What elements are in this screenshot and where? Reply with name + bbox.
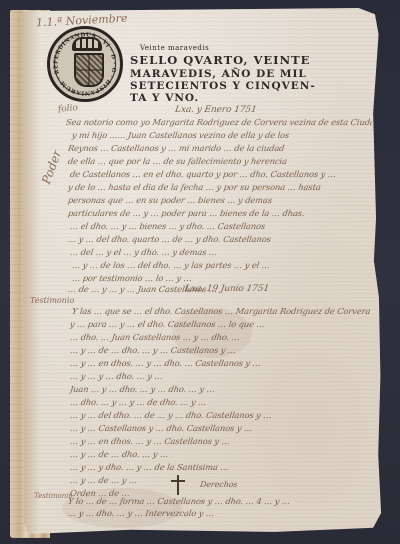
body-line: personas que … en su poder … bienes … y … (67, 195, 372, 205)
stamp-header-line-1: SELLO QVARTO, VEINTE (130, 53, 310, 67)
body-line: particulares de … y … poder para … biene… (67, 208, 372, 218)
body-line: … y … de … dho. … y … (69, 449, 374, 459)
stamp-header-line-4: TA Y VNO. (130, 92, 199, 104)
body-line: de Castellanos … en el dho. quarto y por… (69, 169, 372, 179)
body-line: Reynos … Castellanos y … mi marido … de … (67, 143, 372, 153)
body-line: … y … del dho. quarto … de … y dho. Cast… (67, 234, 372, 244)
margin-note-testimonio-bottom: Testimonio (34, 492, 73, 500)
body-line: … dho. … y … y … de dho. … y … (69, 397, 374, 407)
body-line: … por testimonio … lo … y … (71, 273, 372, 283)
margin-note-folio: folio (58, 103, 79, 114)
svg-text:FERDINANDUS · VI · D · G · HIS: FERDINANDUS · VI · D · G · HISPANIARUM ·… (50, 29, 117, 96)
tax-value-line: Veinte maravedis (140, 44, 209, 52)
body-line: … y … del dho. … de … y … dho. Castellan… (69, 410, 374, 420)
body-line: Y las … que se … el dho. Castellanos … M… (71, 306, 374, 316)
closing-heading: Derechos (199, 480, 238, 489)
body-line: … y … Castellanos y … dho. Castellanos y… (69, 423, 374, 433)
body-line: y de lo … hasta el dia de la fecha … y p… (67, 182, 372, 192)
body-line: … dho. … Juan Castellanos … y … dho. … (69, 332, 374, 342)
body-line: … el dho. … y … bienes … y dho. … Castel… (69, 221, 372, 231)
closing-line: Y lo … de … forma … Castellanos y … dho.… (67, 496, 378, 506)
body-line: Juan … y … dho. … y … dho. … y … (69, 384, 374, 394)
date-line: Lxa. y Enero 1751 (174, 105, 257, 115)
margin-note-testimonio: Testimonio (30, 296, 74, 305)
stamp-header-text: SELLO QVARTO, VEINTE (130, 53, 310, 67)
stamp-header-line-2: MARAVEDIS, AÑO DE MIL (130, 68, 307, 80)
closing-line: … y … dho. … y … Intervezcalo y … (67, 508, 328, 518)
body-line: … y … y dho. … y … de la Santisima … (69, 462, 374, 472)
body-line: Sea notorio como yo Margarita Rodriguez … (65, 117, 372, 127)
body-line: … y … en dhos. … y … dho. … Castellanos … (69, 358, 374, 368)
body-line: y … para … y … el dho. Castellanos … lo … (69, 319, 374, 329)
body-line: … del … y el … y dho. … y demas … (69, 247, 372, 257)
seal-legend: FERDINANDUS · VI · D · G · HISPANIARUM ·… (50, 29, 120, 99)
body-line: … y … de … dho. … y … Castellanos y … (69, 345, 374, 355)
stamp-header-line-3: SETECIENTOS Y CINQVEN- (130, 80, 316, 92)
royal-seal-stamp: FERDINANDUS · VI · D · G · HISPANIARUM ·… (47, 26, 123, 102)
body-line: de ella … que por la … de su fallecimien… (67, 156, 372, 166)
body-line: … y … y … dho. … y … (69, 371, 374, 381)
body-line: … y … de … y … (69, 475, 270, 485)
body-line: y mi hijo ...… Juan Castellanos vezino d… (71, 130, 372, 140)
date-line: Lxa. 19 Junio 1751 (184, 284, 269, 294)
cross-mark-icon (171, 475, 185, 495)
body-line: … y … de los … del dho. … y las partes …… (71, 260, 372, 270)
body-line: … y … en dhos. … y … Castellanos y … (69, 436, 374, 446)
